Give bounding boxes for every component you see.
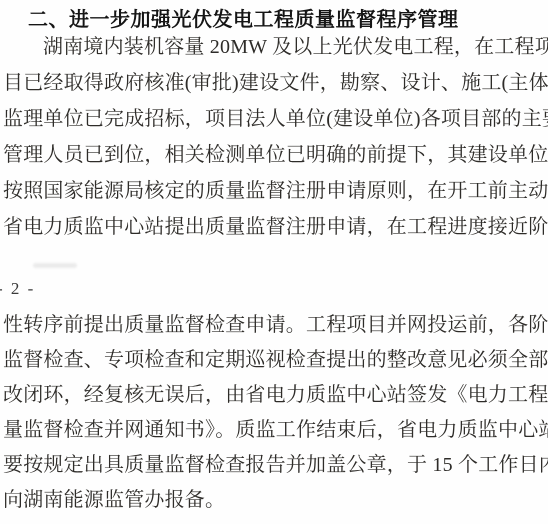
document-page: 二、进一步加强光伏发电工程质量监督程序管理 湖南境内装机容量 20MW 及以上光… — [0, 0, 548, 524]
text-line: 量监督检查并网通知书》。质监工作结束后，省电力质监中心站 — [3, 413, 539, 448]
section-heading: 二、进一步加强光伏发电工程质量监督程序管理 — [28, 3, 459, 32]
text-line: 性转序前提出质量监督检查申请。工程项目并网投运前，各阶段 — [3, 308, 539, 343]
text-line: 监理单位已完成招标，项目法人单位(建设单位)各项目部的主要 — [3, 101, 539, 137]
text-line: 要按规定出具质量监督检查报告并加盖公章，于 15 个工作日内 — [3, 448, 539, 483]
text-line: 按照国家能源局核定的质量监督注册申请原则，在开工前主动向 — [3, 173, 539, 209]
paragraph-after-break: 性转序前提出质量监督检查申请。工程项目并网投运前，各阶段 监督检查、专项检查和定… — [3, 308, 539, 518]
paragraph-before-break: 湖南境内装机容量 20MW 及以上光伏发电工程，在工程项 目已经取得政府核准(审… — [3, 29, 539, 245]
text-line: 湖南境内装机容量 20MW 及以上光伏发电工程，在工程项 — [3, 29, 539, 65]
page-number: - 2 - — [0, 279, 35, 299]
text-line: 管理人员已到位，相关检测单位已明确的前提下，其建设单位应 — [3, 137, 539, 173]
text-line: 改闭环，经复核无误后，由省电力质监中心站签发《电力工程质 — [3, 378, 539, 413]
text-line: 监督检查、专项检查和定期巡视检查提出的整改意见必须全部整 — [3, 343, 539, 378]
text-line: 省电力质监中心站提出质量监督注册申请，在工程进度接近阶段 — [3, 209, 539, 245]
text-line: 目已经取得政府核准(审批)建设文件，勘察、设计、施工(主体)、 — [3, 65, 539, 101]
scan-artifact — [33, 263, 77, 268]
text-line: 向湖南能源监管办报备。 — [3, 483, 539, 518]
